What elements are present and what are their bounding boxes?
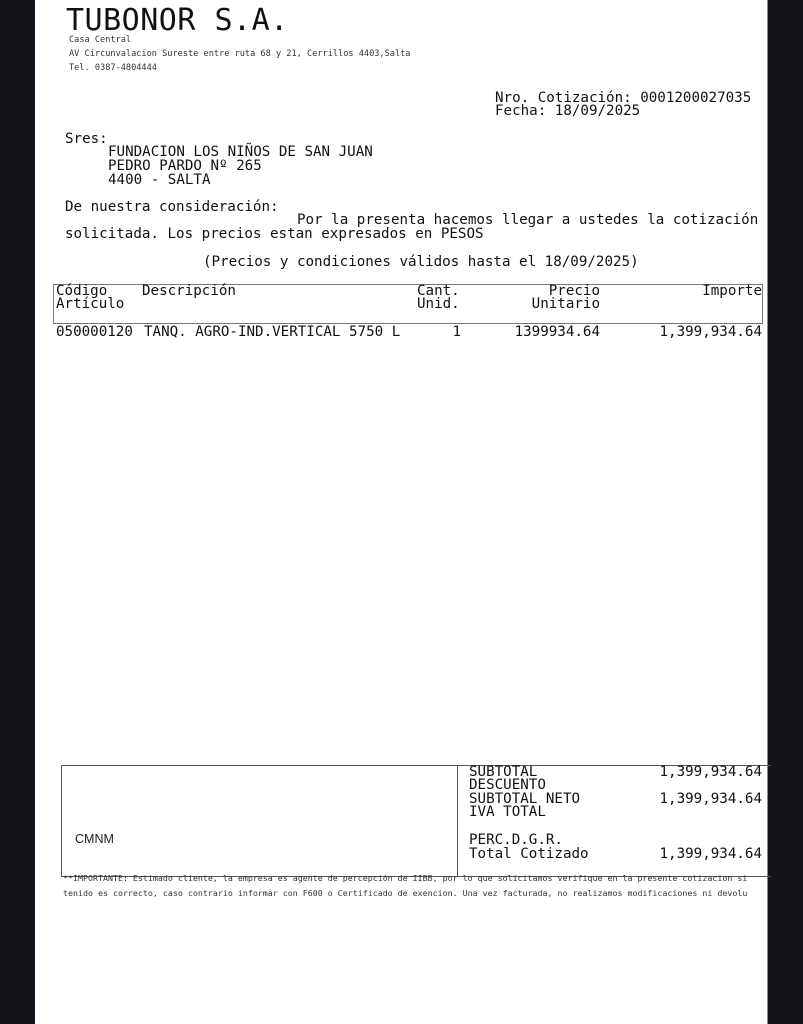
quote-date-label: Fecha: (495, 103, 546, 119)
col-header-amount: Importe (635, 284, 762, 298)
summary-note: CMNM (75, 832, 114, 846)
greeting: De nuestra consideración: (65, 200, 279, 214)
col-header-qty-2: Unid. (417, 297, 460, 311)
company-address: AV Circunvalacion Sureste entre ruta 68 … (69, 49, 410, 59)
row-qty: 1 (415, 325, 461, 339)
recipient-street: PEDRO PARDO Nº 265 (108, 159, 262, 173)
row-code: 050000120 (56, 325, 133, 339)
col-header-code-2: Artículo (56, 297, 124, 311)
company-phone: Tel. 0387-4804444 (69, 63, 157, 73)
footer-note-line-1: **IMPORTANTE: Estimado cliente, la empre… (63, 873, 767, 883)
intro-line-1: Por la presenta hacemos llegar a ustedes… (297, 213, 758, 227)
salutation: Sres: (65, 132, 108, 146)
validity-note: (Precios y condiciones válidos hasta el … (203, 255, 639, 269)
total-label: Total Cotizado (469, 847, 589, 861)
company-name: TUBONOR S.A. (66, 3, 289, 38)
quote-date: 18/09/2025 (555, 103, 640, 119)
row-amount: 1,399,934.64 (625, 325, 762, 339)
total-value: 1,399,934.64 (625, 847, 762, 861)
col-header-price-2: Unitario (498, 297, 600, 311)
recipient-city: 4400 - SALTA (108, 173, 211, 187)
footer-note-line-2: tenido es correcto, caso contrario infor… (63, 888, 767, 898)
subtotal-value: 1,399,934.64 (625, 765, 762, 779)
row-unit-price: 1399934.64 (478, 325, 600, 339)
company-branch: Casa Central (69, 35, 131, 45)
net-subtotal-value: 1,399,934.64 (625, 792, 762, 806)
quotation-document: TUBONOR S.A. Casa Central AV Circunvalac… (35, 0, 768, 1024)
col-header-description: Descripción (142, 284, 236, 298)
discount-label: DESCUENTO (469, 778, 546, 792)
vat-label: IVA TOTAL (469, 805, 546, 819)
quote-number: 0001200027035 (640, 90, 751, 106)
quote-date-line: Fecha: 18/09/2025 (495, 104, 640, 118)
intro-line-2: solicitada. Los precios estan expresados… (65, 227, 484, 241)
summary-divider (457, 765, 458, 877)
row-description: TANQ. AGRO-IND.VERTICAL 5750 L (144, 325, 400, 339)
perc-dgr-label: PERC.D.G.R. (469, 833, 563, 847)
recipient-name: FUNDACION LOS NIÑOS DE SAN JUAN (108, 145, 373, 159)
